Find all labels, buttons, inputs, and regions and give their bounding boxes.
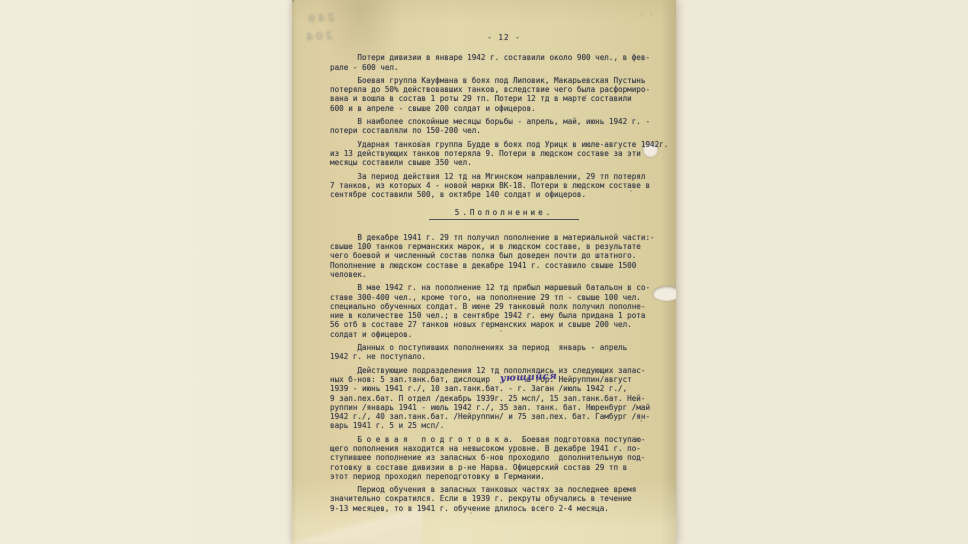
typed-text-column: - 12 - Потери дивизии в январе 1942 г. с… xyxy=(330,33,678,517)
handwritten-correction: ующийся xyxy=(500,371,558,383)
paragraph-mga-direction: За период действия 12 тд на Мгинском нап… xyxy=(330,172,678,200)
bleedthrough-mark: 204 xyxy=(304,29,334,44)
section-header: 5.Пополнение. xyxy=(429,208,579,219)
page-number: - 12 - xyxy=(330,33,678,42)
paragraph-december-1941: В декабре 1941 г. 29 тп получил пополнен… xyxy=(330,233,678,279)
paragraph-no-data: Данных о поступивших пополнениях за пери… xyxy=(330,343,678,362)
paragraph-combat-training: Б о е в а я п о д г о т о в к а. Боевая … xyxy=(330,435,678,481)
paragraph-training-period: Период обучения в запасных танковых част… xyxy=(330,485,678,513)
paper-specks xyxy=(292,0,294,2)
bleedthrough-mark: 249 xyxy=(306,11,336,26)
paragraph-losses-jan-feb: Потери дивизии в январе 1942 г. составил… xyxy=(330,53,678,72)
paragraph-quiet-months: В наиболее спокойные месяцы борьбы - апр… xyxy=(330,117,678,136)
scan-background: 249 204 .. - 12 - Потери дивизии в январ… xyxy=(0,0,968,544)
paragraph-reserve-battalions: Действующие подразделения 12 тд пополнял… xyxy=(330,366,678,431)
paragraph-kaufmann-group: Боевая группа Кауфмана в боях под Липови… xyxy=(330,76,678,113)
paragraph-budde-group: Ударная танковая группа Будде в боях под… xyxy=(330,140,678,168)
paragraph-may-1942: В мае 1942 г. на пополнение 12 тд прибыл… xyxy=(330,283,678,339)
pencil-tick-marks: .. xyxy=(639,8,658,18)
section-header-row: 5.Пополнение. xyxy=(330,208,678,219)
